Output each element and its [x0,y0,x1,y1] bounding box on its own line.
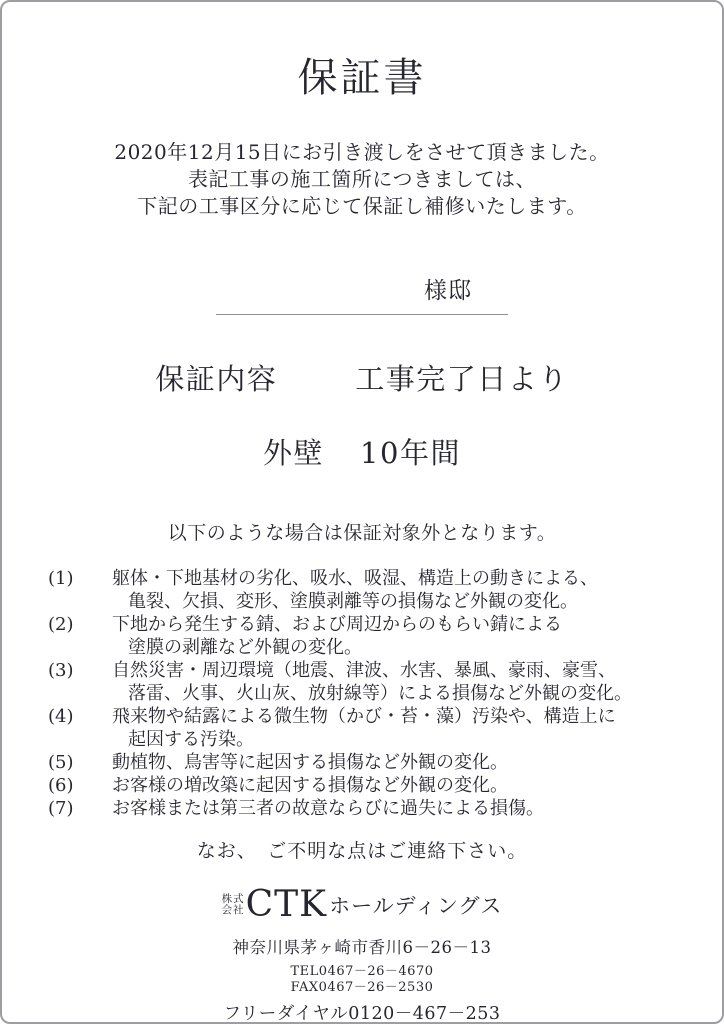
company-fax: FAX0467－26－2530 [2,980,722,996]
exclusion-number: (1) [48,567,112,590]
customer-name-blank: 様邸 [216,272,508,315]
company-tel: TEL0467－26－4670 [2,964,722,980]
warranty-period-label: 10年間 [360,431,461,472]
exclusions-heading: 以下のような場合は保証対象外となります。 [2,518,722,545]
warranty-certificate-page: 保証書 2020年12月15日にお引き渡しをさせて頂きました。 表記工事の施工箇… [0,0,724,1024]
intro-paragraph: 2020年12月15日にお引き渡しをさせて頂きました。 表記工事の施工箇所につき… [2,139,722,220]
company-free-dial: フリーダイヤル0120－467－253 [2,1000,722,1024]
warranty-item-row: 外壁 10年間 [2,431,722,472]
exclusion-text-line: 下地から発生する錆、および周辺からのもらい錆による [112,613,684,636]
intro-line-3: 下記の工事区分に応じて保証し補修いたします。 [2,193,722,220]
warranty-content-label: 保証内容 [155,357,277,398]
exclusion-number: (7) [48,797,112,820]
exclusion-number: (2) [48,613,112,636]
exclusion-text-line: 起因する汚染。 [112,728,684,751]
company-address: 神奈川県茅ヶ崎市香川6－26－13 [2,934,722,958]
owner-suffix-label: 様邸 [424,278,472,304]
exclusion-item-7: (7) お客様または第三者の故意ならびに過失による損傷。 [48,797,684,820]
intro-line-2: 表記工事の施工箇所につきましては、 [2,166,722,193]
exclusion-text-line: 落雷、火事、火山灰、放射線等）による損傷など外観の変化。 [112,682,684,705]
warranty-start-label: 工事完了日より [355,357,569,398]
company-name-row: 株式 会社 CTK ホールディングス [2,887,722,923]
exclusion-item-6: (6) お客様の増改築に起因する損傷など外観の変化。 [48,774,684,797]
exclusion-text-line: 亀裂、欠損、変形、塗膜剥離等の損傷など外観の変化。 [112,590,684,613]
exclusion-text-line: 自然災害・周辺環境（地震、津波、水害、暴風、豪雨、豪雪、 [112,659,684,682]
exclusion-number: (4) [48,705,112,728]
exclusion-number: (5) [48,751,112,774]
company-name-suffix: ホールディングス [329,890,502,920]
exclusions-list: (1) 躯体・下地基材の劣化、吸水、吸湿、構造上の動きによる、 亀裂、欠損、変形… [48,567,684,820]
exclusion-text-line: お客様の増改築に起因する損傷など外観の変化。 [112,774,684,797]
company-type-bottom: 会社 [222,905,245,916]
warranty-content-heading: 保証内容 工事完了日より [2,357,722,398]
handover-date-line: 2020年12月15日にお引き渡しをさせて頂きました。 [2,139,722,166]
document-title: 保証書 [2,46,722,103]
exclusion-item-1: (1) 躯体・下地基材の劣化、吸水、吸湿、構造上の動きによる、 亀裂、欠損、変形… [48,567,684,613]
exclusion-text-line: 塗膜の剥離など外観の変化。 [112,636,684,659]
exclusion-number: (3) [48,659,112,682]
exclusion-number: (6) [48,774,112,797]
exclusion-item-2: (2) 下地から発生する錆、および周辺からのもらい錆による 塗膜の剥離など外観の… [48,613,684,659]
company-type-stacked-label: 株式 会社 [222,894,245,916]
exclusion-text-line: 飛来物や結露による微生物（かび・苔・藻）汚染や、構造上に [112,705,684,728]
company-name-en: CTK [246,887,327,923]
exclusion-text-line: 躯体・下地基材の劣化、吸水、吸湿、構造上の動きによる、 [112,567,684,590]
exclusion-text-line: 動植物、鳥害等に起因する損傷など外観の変化。 [112,751,684,774]
exclusion-item-4: (4) 飛来物や結露による微生物（かび・苔・藻）汚染や、構造上に 起因する汚染。 [48,705,684,751]
exclusion-item-5: (5) 動植物、鳥害等に起因する損傷など外観の変化。 [48,751,684,774]
warranty-target-label: 外壁 [263,431,324,472]
exclusion-text-line: お客様または第三者の故意ならびに過失による損傷。 [112,797,684,820]
exclusion-item-3: (3) 自然災害・周辺環境（地震、津波、水害、暴風、豪雨、豪雪、 落雷、火事、火… [48,659,684,705]
contact-note: なお、 ご不明な点はご連絡下さい。 [2,836,722,863]
